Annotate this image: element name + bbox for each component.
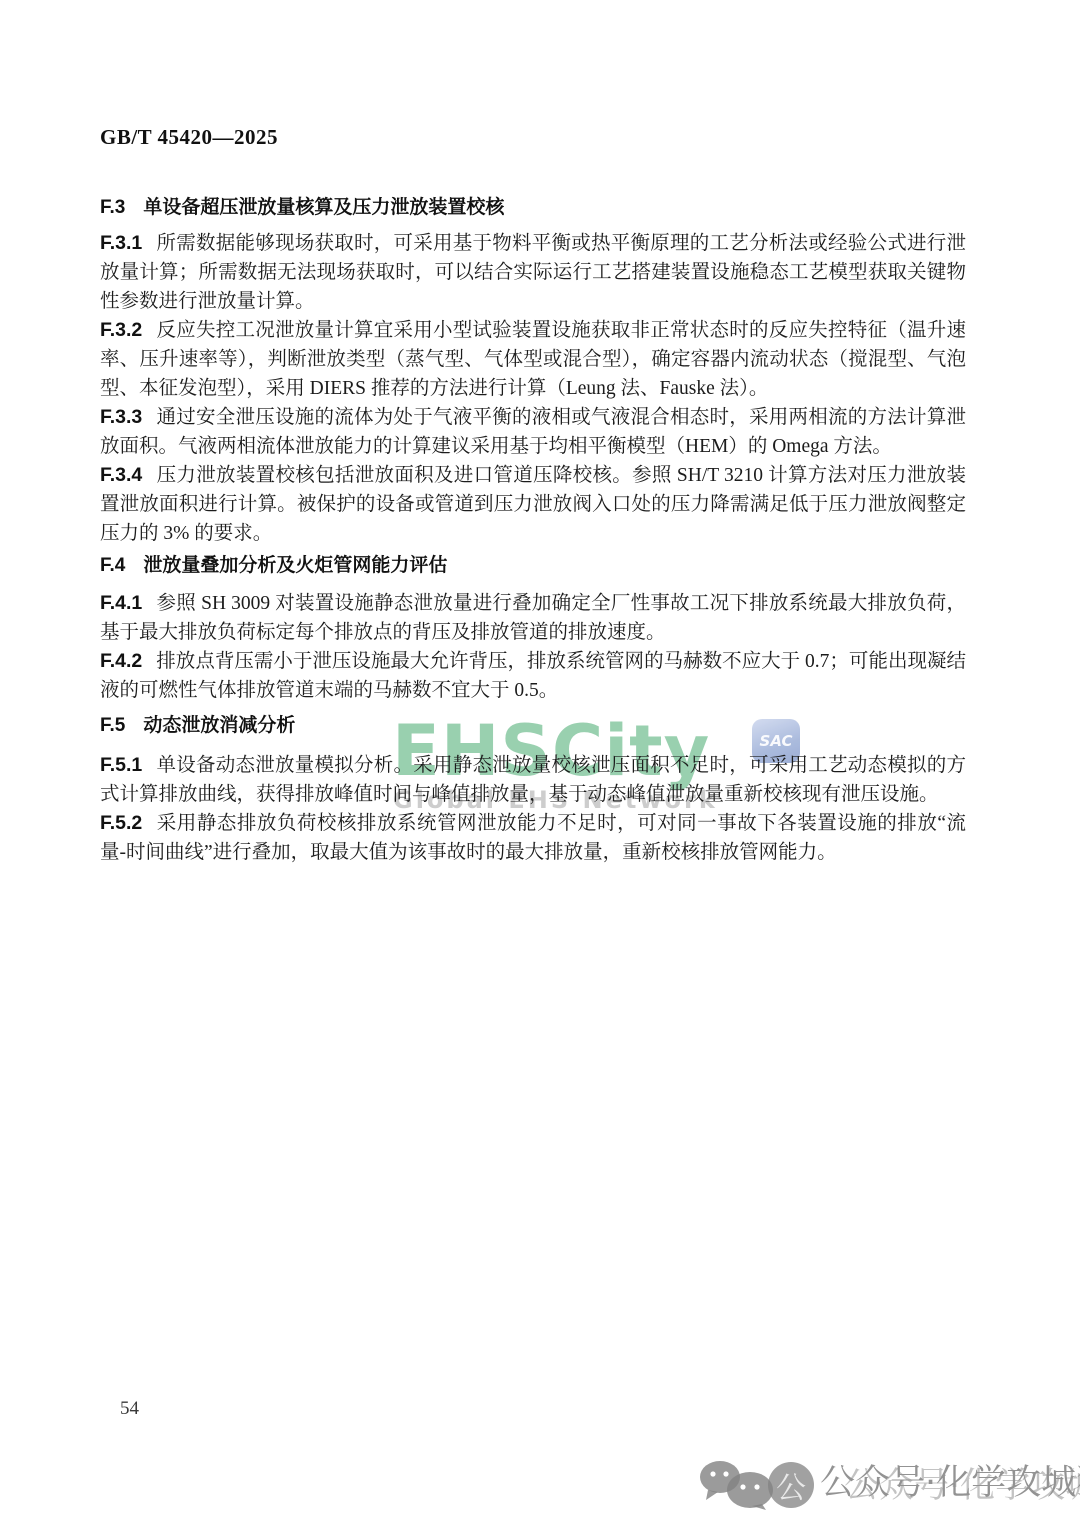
section-heading-f3: F.3 单设备超压泄放量核算及压力泄放装置校核 (100, 197, 966, 219)
clause-f5-1: F.5.1单设备动态泄放量模拟分析。采用静态泄放量校核泄压面积不足时，可采用工艺… (100, 751, 966, 809)
clause-f3-3: F.3.3通过安全泄压设施的流体为处于气液平衡的液相或气液混合相态时，采用两相流… (100, 403, 966, 461)
clause-text: 参照 SH 3009 对装置设施静态泄放量进行叠加确定全厂性事故工况下排放系统最… (100, 593, 966, 643)
clause-text: 压力泄放装置校核包括泄放面积及进口管道压降校核。参照 SH/T 3210 计算方… (100, 465, 966, 544)
clause-text: 排放点背压需小于泄压设施最大允许背压，排放系统管网的马赫数不应大于 0.7；可能… (100, 651, 966, 701)
wechat-icon (698, 1460, 776, 1510)
clause-number: F.5.2 (100, 812, 156, 834)
section-title: 单设备超压泄放量核算及压力泄放装置校核 (143, 197, 504, 219)
bottom-watermark-icons: 公 (698, 1460, 814, 1510)
section-title: 泄放量叠加分析及火炬管网能力评估 (143, 555, 447, 577)
clause-f3-4: F.3.4压力泄放装置校核包括泄放面积及进口管道压降校核。参照 SH/T 321… (100, 461, 966, 548)
clause-number: F.3.4 (100, 464, 156, 486)
clause-number: F.5.1 (100, 754, 156, 776)
clause-number: F.3.3 (100, 406, 156, 428)
official-account-badge-icon: 公 (768, 1462, 814, 1508)
text-column: GB/T 45420—2025 F.3 单设备超压泄放量核算及压力泄放装置校核 … (100, 125, 966, 867)
bottom-watermark-textwrap: 公众号·化学攻城狮 公众号·化学攻城狮 (820, 1460, 1080, 1506)
clause-text: 所需数据能够现场获取时，可采用基于物料平衡或热平衡原理的工艺分析法或经验公式进行… (100, 233, 966, 312)
clause-number: F.4.1 (100, 592, 156, 614)
clause-text: 单设备动态泄放量模拟分析。采用静态泄放量校核泄压面积不足时，可采用工艺动态模拟的… (100, 755, 966, 805)
bottom-watermark-text-shadow: 公众号·化学攻城狮 (844, 1463, 1080, 1509)
standard-number-header: GB/T 45420—2025 (100, 125, 966, 149)
clause-f3-2: F.3.2反应失控工况泄放量计算宜采用小型试验装置设施获取非正常状态时的反应失控… (100, 316, 966, 403)
section-heading-f5: F.5 动态泄放消减分析 (100, 715, 966, 737)
clause-number: F.3.1 (100, 232, 156, 254)
section-id: F.5 (100, 715, 125, 737)
clause-text: 采用静态排放负荷校核排放系统管网泄放能力不足时，可对同一事故下各装置设施的排放“… (100, 813, 966, 863)
clause-f5-2: F.5.2采用静态排放负荷校核排放系统管网泄放能力不足时，可对同一事故下各装置设… (100, 809, 966, 867)
clause-f4-1: F.4.1参照 SH 3009 对装置设施静态泄放量进行叠加确定全厂性事故工况下… (100, 589, 966, 647)
section-title: 动态泄放消减分析 (143, 715, 295, 737)
section-id: F.4 (100, 555, 125, 577)
clause-text: 通过安全泄压设施的流体为处于气液平衡的液相或气液混合相态时，采用两相流的方法计算… (100, 407, 966, 457)
clause-number: F.3.2 (100, 319, 156, 341)
clause-text: 反应失控工况泄放量计算宜采用小型试验装置设施获取非正常状态时的反应失控特征（温升… (100, 320, 966, 399)
document-page: EHSCity Global EHS Network SAC GB/T 4542… (0, 0, 1080, 1527)
section-heading-f4: F.4 泄放量叠加分析及火炬管网能力评估 (100, 555, 966, 577)
section-id: F.3 (100, 197, 125, 219)
clause-number: F.4.2 (100, 650, 156, 672)
clause-f4-2: F.4.2排放点背压需小于泄压设施最大允许背压，排放系统管网的马赫数不应大于 0… (100, 647, 966, 705)
clause-f3-1: F.3.1所需数据能够现场获取时，可采用基于物料平衡或热平衡原理的工艺分析法或经… (100, 229, 966, 316)
bottom-watermark: 公 公众号·化学攻城狮 公众号·化学攻城狮 (698, 1460, 1080, 1510)
page-number: 54 (120, 1398, 139, 1420)
